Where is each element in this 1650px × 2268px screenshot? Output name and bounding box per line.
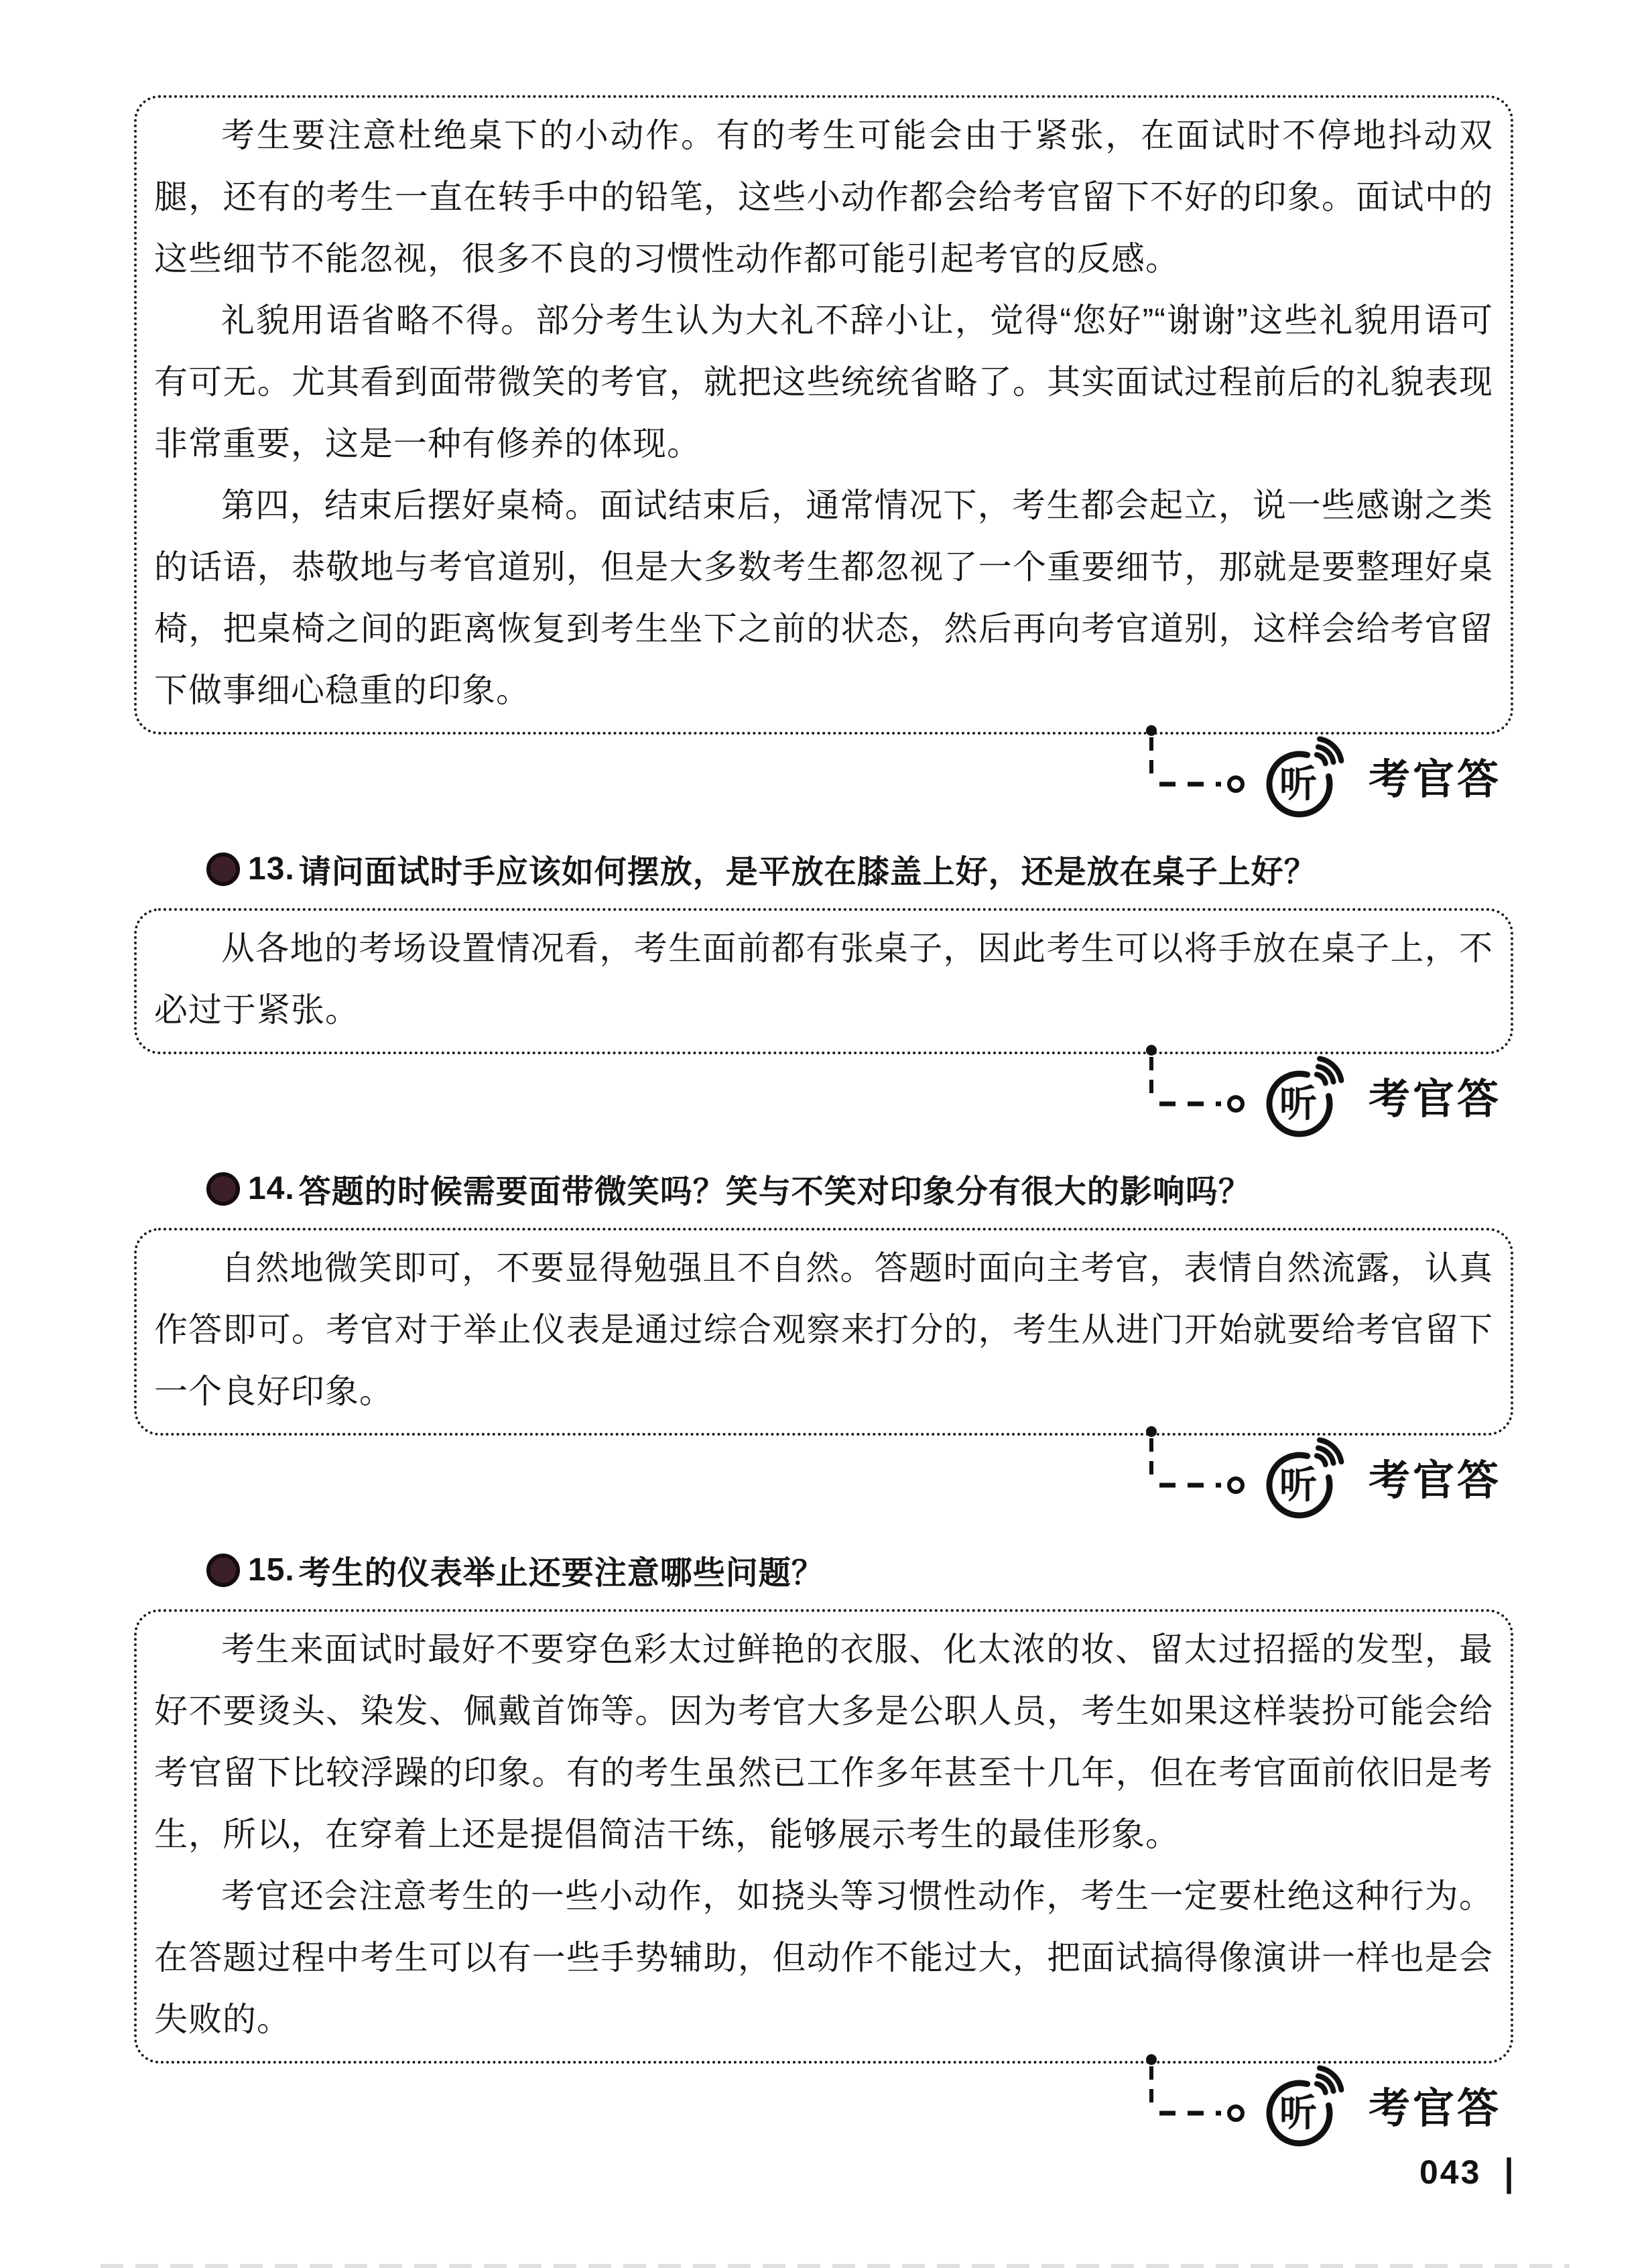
wifi-arc-small [1317, 755, 1326, 763]
listen-audio-icon: 听 [1142, 725, 1363, 826]
answer-box-q14: 自然地微笑即可，不要显得勉强且不自然。答题时面向主考官，表情自然流露，认真作答即… [134, 1228, 1513, 1436]
page-edge-mark: | [1504, 2150, 1515, 2195]
connector-dot [1146, 1045, 1157, 1056]
intro-paragraph: 第四，结束后摆好桌椅。面试结束后，通常情况下，考生都会起立，说一些感谢之类的话语… [154, 475, 1493, 721]
listen-badge-label: 考官答 [1369, 1447, 1501, 1507]
listen-audio-icon: 听 [1142, 1045, 1363, 1145]
listen-examiner-badge: 听 考官答 [134, 1426, 1501, 1527]
page-number-value: 043 [1419, 2153, 1481, 2192]
intro-paragraph: 礼貌用语省略不得。部分考生认为大礼不辞小让，觉得“您好”“谢谢”这些礼貌用语可有… [154, 290, 1493, 475]
answer-box-intro: 考生要注意杜绝桌下的小动作。有的考生可能会由于紧张，在面试时不停地抖动双腿，还有… [134, 95, 1513, 735]
listen-character: 听 [1279, 2092, 1317, 2134]
listen-badge-label: 考官答 [1369, 746, 1501, 806]
question-number: 15. [248, 1552, 295, 1588]
listen-badge-label: 考官答 [1369, 1066, 1501, 1125]
answer-box-q13: 从各地的考场设置情况看，考生面前都有张桌子，因此考生可以将手放在桌子上，不必过于… [134, 908, 1513, 1054]
question-13-heading: 13. 请问面试时手应该如何摆放，是平放在膝盖上好，还是放在桌子上好？ [206, 846, 1513, 892]
question-14-heading: 14. 答题的时候需要面带微笑吗？笑与不笑对印象分有很大的影响吗？ [206, 1165, 1513, 1212]
listen-character: 听 [1279, 1464, 1317, 1506]
wifi-arc-small [1317, 2084, 1326, 2092]
question-number: 13. [248, 850, 295, 887]
answer-paragraph: 自然地微笑即可，不要显得勉强且不自然。答题时面向主考官，表情自然流露，认真作答即… [154, 1237, 1493, 1422]
wifi-arc-small [1317, 1074, 1326, 1083]
answer-box-q15: 考生来面试时最好不要穿色彩太过鲜艳的衣服、化太浓的妆、留太过招摇的发型，最好不要… [134, 1609, 1513, 2064]
listen-examiner-badge: 听 考官答 [134, 2054, 1501, 2155]
bullet-icon [206, 853, 240, 886]
answer-paragraph: 考生来面试时最好不要穿色彩太过鲜艳的衣服、化太浓的妆、留太过招摇的发型，最好不要… [154, 1619, 1493, 1865]
cut-off-text-strip [101, 2264, 1570, 2268]
listen-character: 听 [1279, 1082, 1317, 1125]
question-number: 14. [248, 1170, 295, 1207]
page-content: 考生要注意杜绝桌下的小动作。有的考生可能会由于紧张，在面试时不停地抖动双腿，还有… [134, 95, 1513, 2172]
wifi-arc-small [1317, 1456, 1326, 1464]
listen-character: 听 [1279, 763, 1317, 805]
connector-dot [1146, 725, 1157, 736]
listen-audio-icon: 听 [1142, 2054, 1363, 2155]
listen-examiner-badge: 听 考官答 [134, 725, 1501, 826]
answer-paragraph: 考官还会注意考生的一些小动作，如挠头等习惯性动作，考生一定要杜绝这种行为。在答题… [154, 1865, 1493, 2050]
bullet-icon [206, 1172, 240, 1206]
listen-badge-label: 考官答 [1369, 2075, 1501, 2135]
connector-end-circle [1229, 777, 1243, 791]
connector-end-circle [1229, 2106, 1243, 2120]
answer-paragraph: 从各地的考场设置情况看，考生面前都有张桌子，因此考生可以将手放在桌子上，不必过于… [154, 918, 1493, 1041]
listen-audio-icon: 听 [1142, 1426, 1363, 1527]
listen-examiner-badge: 听 考官答 [134, 1045, 1501, 1145]
connector-end-circle [1229, 1097, 1243, 1111]
connector-dot [1146, 1426, 1157, 1437]
connector-end-circle [1229, 1478, 1243, 1492]
question-15-heading: 15. 考生的仪表举止还要注意哪些问题？ [206, 1547, 1513, 1593]
question-text: 请问面试时手应该如何摆放，是平放在膝盖上好，还是放在桌子上好？ [299, 846, 1317, 892]
connector-dot [1146, 2054, 1157, 2065]
question-text: 考生的仪表举止还要注意哪些问题？ [299, 1547, 824, 1593]
book-page: 考生要注意杜绝桌下的小动作。有的考生可能会由于紧张，在面试时不停地抖动双腿，还有… [0, 0, 1650, 2268]
question-text: 答题的时候需要面带微笑吗？笑与不笑对印象分有很大的影响吗？ [299, 1165, 1251, 1212]
page-number: 043 | [1419, 2153, 1515, 2192]
intro-paragraph: 考生要注意杜绝桌下的小动作。有的考生可能会由于紧张，在面试时不停地抖动双腿，还有… [154, 105, 1493, 290]
bullet-icon [206, 1554, 240, 1587]
